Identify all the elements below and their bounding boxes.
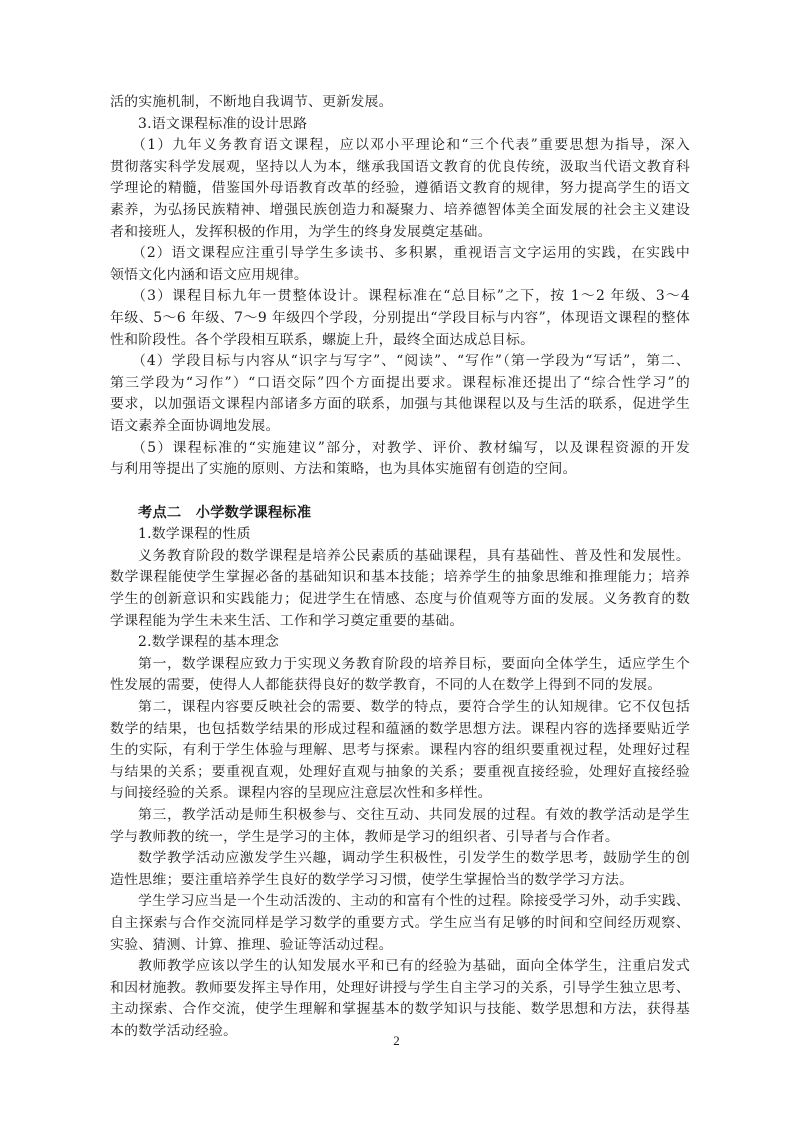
text-line: 第三学段为“习作”）“口语交际”四个方面提出要求。课程标准还提出了“综合性学习”… [110,373,690,395]
text-line: 第三，教学活动是师生积极参与、交往互动、共同发展的过程。有效的教学活动是学生 [110,805,690,827]
text-line: 学理论的精髓，借鉴国外母语教育改革的经验，遵循语文教育的规律，努力提高学生的语文 [110,178,690,200]
page-number: 2 [0,1033,793,1049]
text-line: 年级、5～6 年级、7～9 年级四个学段，分别提出“学段目标与内容”，体现语文课… [110,308,690,330]
text-line: （5）课程标准的“实施建议”部分，对教学、评价、教材编写，以及课程资源的开发 [110,438,690,460]
paragraph-teacher-teaching: 教师教学应该以学生的认知发展水平和已有的经验为基础，面向全体学生，注重启发式 和… [110,956,690,1042]
text-line: 与间接经验的关系。课程内容的呈现应注意层次性和多样性。 [110,783,690,805]
text-line: 数学的结果，也包括数学结果的形成过程和蕴涵的数学思想方法。课程内容的选择要贴近学 [110,719,690,741]
text-line: 造性思维；要注重培养学生良好的数学学习习惯，使学生掌握恰当的数学学习方法。 [110,870,690,892]
paragraph-first: 第一，数学课程应致力于实现义务教育阶段的培养目标，要面向全体学生，适应学生个 性… [110,654,690,697]
text-line: （4）学段目标与内容从“识字与写字”、“阅读”、“写作”（第一学段为“写话”，第… [110,351,690,373]
paragraph-student-learning: 学生学习应当是一个生动活泼的、主动的和富有个性的过程。除接受学习外，动手实践、 … [110,891,690,956]
text-line: 第二，课程内容要反映社会的需要、数学的特点，要符合学生的认知规律。它不仅包括 [110,697,690,719]
text-line: 实验、猜测、计算、推理、验证等活动过程。 [110,935,690,957]
text-line: （2）语文课程应注重引导学生多读书、多积累，重视语言文字运用的实践，在实践中 [110,243,690,265]
subheading-math-nature: 1.数学课程的性质 [110,524,690,546]
text-line: 生的实际，有利于学生体验与理解、思考与探索。课程内容的组织要重视过程，处理好过程 [110,740,690,762]
section-heading-math-standards: 考点二 小学数学课程标准 [110,502,690,524]
paragraph-second: 第二，课程内容要反映社会的需要、数学的特点，要符合学生的认知规律。它不仅包括 数… [110,697,690,805]
text-line: 主动探索、合作交流，使学生理解和掌握基本的数学知识与技能、数学思想和方法，获得基 [110,999,690,1021]
text-line: 第一，数学课程应致力于实现义务教育阶段的培养目标，要面向全体学生，适应学生个 [110,654,690,676]
text-line: 者和接班人，发挥积极的作用，为学生的终身发展奠定基础。 [110,222,690,244]
subheading-math-concepts: 2.数学课程的基本理念 [110,632,690,654]
text-line: 数学教学活动应激发学生兴趣，调动学生积极性，引发学生的数学思考，鼓励学生的创 [110,848,690,870]
paragraph-teaching-activity: 数学教学活动应激发学生兴趣，调动学生积极性，引发学生的数学思考，鼓励学生的创 造… [110,848,690,891]
subheading-design-ideas: 3.语文课程标准的设计思路 [110,114,690,136]
paragraph-4: （4）学段目标与内容从“识字与写字”、“阅读”、“写作”（第一学段为“写话”，第… [110,351,690,437]
section-gap [110,481,690,503]
text-line: （3）课程目标九年一贯整体设计。课程标准在“总目标”之下，按 1～2 年级、3～… [110,286,690,308]
text-line: 和因材施教。教师要发挥主导作用，处理好讲授与学生自主学习的关系，引导学生独立思考… [110,978,690,1000]
text-line: 贯彻落实科学发展观，坚持以人为本，继承我国语文教育的优良传统，汲取当代语文教育科 [110,157,690,179]
text-line: 学生学习应当是一个生动活泼的、主动的和富有个性的过程。除接受学习外，动手实践、 [110,891,690,913]
paragraph-1: （1）九年义务教育语文课程，应以邓小平理论和“三个代表”重要思想为指导，深入 贯… [110,135,690,243]
paragraph-math-nature: 义务教育阶段的数学课程是培养公民素质的基础课程，具有基础性、普及性和发展性。 数… [110,546,690,632]
text-line: 学与教师教的统一，学生是学习的主体，教师是学习的组织者、引导者与合作者。 [110,827,690,849]
text-line: 学课程能为学生未来生活、工作和学习奠定重要的基础。 [110,611,690,633]
text-line: 与结果的关系；要重视直观，处理好直观与抽象的关系；要重视直接经验，处理好直接经验 [110,762,690,784]
text-line: 学生的创新意识和实践能力；促进学生在情感、态度与价值观等方面的发展。义务教育的数 [110,589,690,611]
text-line: 自主探索与合作交流同样是学习数学的重要方式。学生应当有足够的时间和空间经历观察、 [110,913,690,935]
paragraph-3: （3）课程目标九年一贯整体设计。课程标准在“总目标”之下，按 1～2 年级、3～… [110,286,690,351]
document-page: 活的实施机制，不断地自我调节、更新发展。 3.语文课程标准的设计思路 （1）九年… [110,92,690,1043]
text-line: 要求，以加强语文课程内部诸多方面的联系，加强与其他课程以及与生活的联系，促进学生 [110,394,690,416]
text-line: （1）九年义务教育语文课程，应以邓小平理论和“三个代表”重要思想为指导，深入 [110,135,690,157]
paragraph-5: （5）课程标准的“实施建议”部分，对教学、评价、教材编写，以及课程资源的开发 与… [110,438,690,481]
text-line: 教师教学应该以学生的认知发展水平和已有的经验为基础，面向全体学生，注重启发式 [110,956,690,978]
text-line: 与利用等提出了实施的原则、方法和策略，也为具体实施留有创造的空间。 [110,459,690,481]
text-line: 数学课程能使学生掌握必备的基础知识和基本技能；培养学生的抽象思维和推理能力；培养 [110,567,690,589]
text-line: 领悟文化内涵和语文应用规律。 [110,265,690,287]
paragraph-third: 第三，教学活动是师生积极参与、交往互动、共同发展的过程。有效的教学活动是学生 学… [110,805,690,848]
paragraph-2: （2）语文课程应注重引导学生多读书、多积累，重视语言文字运用的实践，在实践中 领… [110,243,690,286]
text-line: 性和阶段性。各个学段相互联系，螺旋上升，最终全面达成总目标。 [110,330,690,352]
text-line: 性发展的需要，使得人人都能获得良好的数学教育，不同的人在数学上得到不同的发展。 [110,675,690,697]
text-line: 义务教育阶段的数学课程是培养公民素质的基础课程，具有基础性、普及性和发展性。 [110,546,690,568]
carry-over-line: 活的实施机制，不断地自我调节、更新发展。 [110,92,690,114]
text-line: 语文素养全面协调地发展。 [110,416,690,438]
text-line: 素养，为弘扬民族精神、增强民族创造力和凝聚力、培养德智体美全面发展的社会主义建设 [110,200,690,222]
